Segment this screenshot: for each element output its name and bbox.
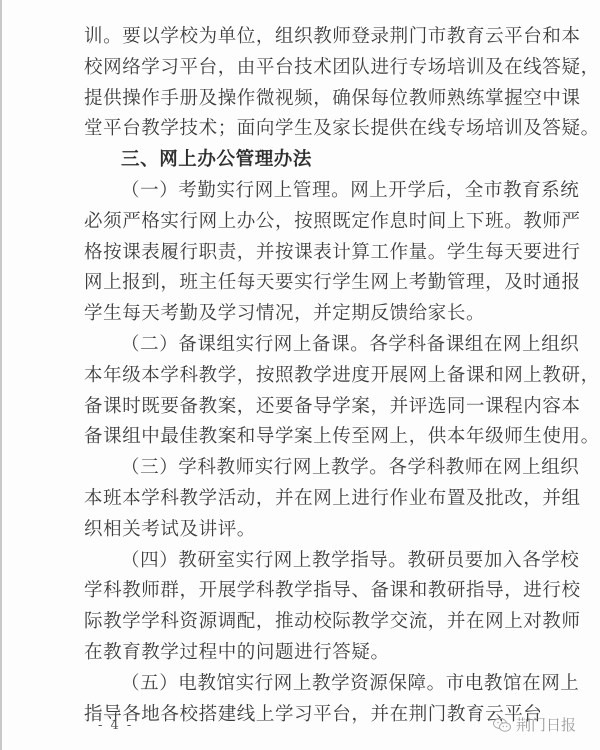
paragraph-start: （三）学科教师实行网上教学。各学科教师在网上组织 xyxy=(84,453,524,484)
document-body: 训。要以学校为单位，组织教师登录荆门市教育云平台和本 校网络学习平台，由平台技术… xyxy=(84,22,524,730)
text-line: 必须严格实行网上办公，按照既定作息时间上下班。教师严 xyxy=(84,207,524,238)
text-line: 提供操作手册及操作微视频，确保每位教师熟练掌握空中课 xyxy=(84,84,524,115)
page-number: - 4 - xyxy=(98,718,133,733)
text-line: 学生每天考勤及学习情况，并定期反馈给家长。 xyxy=(84,299,524,330)
watermark-text: 荆门日报 xyxy=(516,714,576,735)
text-line: 织相关考试及讲评。 xyxy=(84,515,524,546)
paragraph-start: （四）教研室实行网上教学指导。教研员要加入各学校 xyxy=(84,546,524,577)
text-line: 备课组中最佳教案和导学案上传至网上，供本年级师生使用。 xyxy=(84,422,524,453)
text-line: 网上报到，班主任每天要实行学生网上考勤管理，及时通报 xyxy=(84,268,524,299)
text-line: 学科教师群，开展学科教学指导、备课和教研指导，进行校 xyxy=(84,576,524,607)
text-line: 校网络学习平台，由平台技术团队进行专场培训及在线答疑， xyxy=(84,53,524,84)
page-edge-border xyxy=(0,0,2,750)
text-line: 际教学学科资源调配，推动校际教学交流，并在网上对教师 xyxy=(84,607,524,638)
section-heading: 三、网上办公管理办法 xyxy=(84,145,524,176)
text-line: 训。要以学校为单位，组织教师登录荆门市教育云平台和本 xyxy=(84,22,524,53)
text-line: 指导各地各校搭建线上学习平台，并在荆门教育云平台 xyxy=(84,700,524,731)
source-watermark: 荆门日报 xyxy=(492,714,576,735)
wechat-icon xyxy=(492,717,512,733)
text-line: 在教育教学过程中的问题进行答疑。 xyxy=(84,638,524,669)
text-line: 格按课表履行职责，并按课表计算工作量。学生每天要进行 xyxy=(84,238,524,269)
paragraph-start: （一）考勤实行网上管理。网上开学后，全市教育系统 xyxy=(84,176,524,207)
text-line: 本班本学科教学活动，并在网上进行作业布置及批改，并组 xyxy=(84,484,524,515)
paragraph-start: （五）电教馆实行网上教学资源保障。市电教馆在网上 xyxy=(84,669,524,700)
document-page: 训。要以学校为单位，组织教师登录荆门市教育云平台和本 校网络学习平台，由平台技术… xyxy=(0,0,600,750)
text-line: 本年级本学科教学，按照教学进度开展网上备课和网上教研， xyxy=(84,361,524,392)
text-line: 堂平台教学技术；面向学生及家长提供在线专场培训及答疑。 xyxy=(84,114,524,145)
paragraph-start: （二）备课组实行网上备课。各学科备课组在网上组织 xyxy=(84,330,524,361)
text-line: 备课时既要备教案，还要备导学案，并评选同一课程内容本 xyxy=(84,392,524,423)
